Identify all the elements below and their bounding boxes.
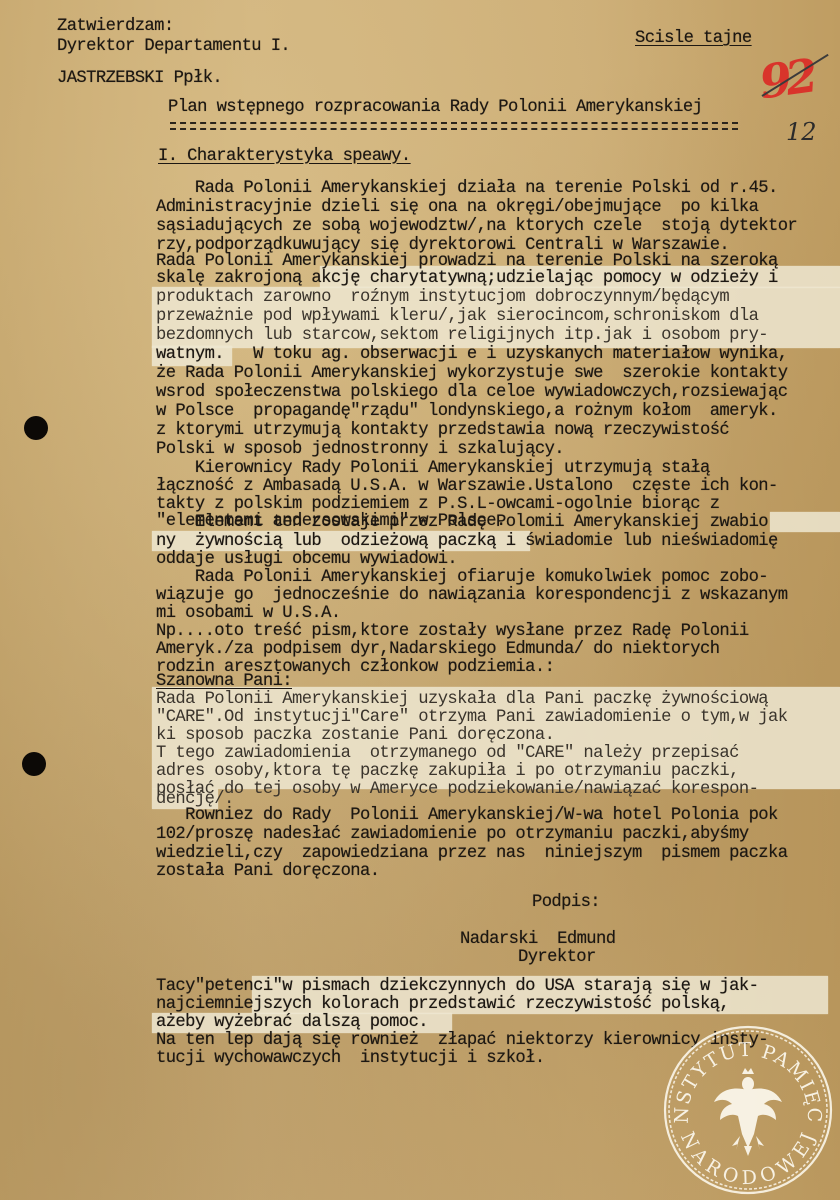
body-line: mi osobami w U.S.A. bbox=[156, 604, 341, 624]
closing-line: ażeby wyżebrać dalszą pomoc. bbox=[156, 1013, 428, 1033]
letter-line: T tego zawiadomienia otrzymanego od "CAR… bbox=[156, 744, 739, 764]
body-line: że Rada Polonii Amerykanskiej wykorzystu… bbox=[156, 364, 787, 384]
body-line: Rada Polonii Amerykanskiej ofiaruje komu… bbox=[156, 568, 768, 588]
signature-label: Podpis: bbox=[532, 893, 600, 913]
letter-line: 102/proszę nadesłać zawiadomienie po otr… bbox=[156, 825, 749, 845]
punch-hole-bottom bbox=[22, 752, 46, 776]
closing-line: Tacy"petenci"w pismach dziekczynnych do … bbox=[156, 977, 758, 997]
body-line: z ktorymi utrzymują kontakty przedstawia… bbox=[156, 421, 729, 441]
classification-label: Scisle tajne bbox=[635, 29, 752, 49]
body-line: Element ten zostaje przez Radę Polomii A… bbox=[156, 513, 768, 533]
body-line: oddaje usługi obcemu wywiadowi. bbox=[156, 550, 457, 570]
letter-line: adres osoby,ktora tę paczkę zakupiła i p… bbox=[156, 762, 739, 782]
body-line: produktach zarowno roźnym instytucjom do… bbox=[156, 288, 729, 308]
letter-line: wiedzieli,czy zapowiedziana przez nas ni… bbox=[156, 844, 787, 864]
letter-line: została Pani doręczona. bbox=[156, 862, 379, 882]
ipn-stamp: INSTYTUT PAMIĘCI NARODOWEJ bbox=[662, 1024, 834, 1196]
letter-line: ki sposob paczka zostanie Pani doręczona… bbox=[156, 726, 554, 746]
body-line: ny żywnością lub odzieżową paczką i świa… bbox=[156, 532, 778, 552]
punch-hole-top bbox=[24, 416, 48, 440]
title-underline bbox=[170, 122, 738, 130]
closing-line: najciemniejszych kolorach przedstawić rz… bbox=[156, 995, 729, 1015]
letter-salutation: Szanowna Pani: bbox=[156, 672, 292, 692]
body-line: sąsiadujących ze sobą wojewodztw/,na kto… bbox=[156, 217, 797, 237]
body-line: wiązuje go jednocześnie do nawiązania ko… bbox=[156, 586, 787, 606]
approval-line-1: Zatwierdzam: bbox=[57, 17, 174, 37]
letter-line: "CARE".Od instytucji"Care" otrzyma Pani … bbox=[156, 708, 787, 728]
approval-line-2: Dyrektor Departamentu I. bbox=[57, 37, 290, 57]
body-line: w Polsce propagandę"rządu" londynskiego,… bbox=[156, 402, 778, 422]
approver-name: JASTRZEBSKI Ppłk. bbox=[57, 69, 222, 89]
body-line: wsrod społeczenstwa polskiego dla celoe … bbox=[156, 383, 787, 403]
body-line: Administracyjnie dzieli się ona na okręg… bbox=[156, 198, 758, 218]
body-line: Kierownicy Rady Polonii Amerykanskiej ut… bbox=[156, 459, 710, 479]
body-line: Rada Polonii Amerykanskiej działa na ter… bbox=[156, 179, 778, 199]
letter-line: posłać do tej osoby w Ameryce podziekowa… bbox=[156, 780, 758, 800]
signer-title: Dyrektor bbox=[518, 948, 596, 968]
body-line: watnym. W toku ag. obserwacji e i uzyska… bbox=[156, 345, 787, 365]
signer-name: Nadarski Edmund bbox=[460, 930, 615, 950]
document-title: Plan wstępnego rozpracowania Rady Poloni… bbox=[168, 98, 702, 118]
body-line: przeważnie pod wpływami kleru/,jak siero… bbox=[156, 307, 758, 327]
body-line: Ameryk./za podpisem dyr,Nadarskiego Edmu… bbox=[156, 640, 719, 660]
eagle-emblem-icon bbox=[714, 1068, 782, 1156]
body-line: łączność z Ambasadą U.S.A. w Warszawie.U… bbox=[156, 477, 778, 497]
document-page: Zatwierdzam: Dyrektor Departamentu I. Sc… bbox=[0, 0, 840, 1200]
letter-line: Rada Polonii Amerykanskiej uzyskała dla … bbox=[156, 690, 768, 710]
body-line: Np....oto treść pism,ktore zostały wysła… bbox=[156, 622, 749, 642]
pencil-page-number: 12 bbox=[786, 118, 817, 146]
body-line: Polski w sposob jednostronny i szkalując… bbox=[156, 440, 564, 460]
section-heading: I. Charakterystyka speawy. bbox=[158, 147, 411, 167]
body-line: bezdomnych lub starcow,sektom religijnyc… bbox=[156, 326, 768, 346]
closing-line: tucji wychowawczych instytucji i szkoł. bbox=[156, 1049, 545, 1069]
letter-line: Rowniez do Rady Polonii Amerykanskiej/W-… bbox=[156, 806, 778, 826]
body-line: skalę zakrojoną akcję charytatywną;udzie… bbox=[156, 269, 778, 289]
highlight-region-4 bbox=[770, 512, 840, 532]
